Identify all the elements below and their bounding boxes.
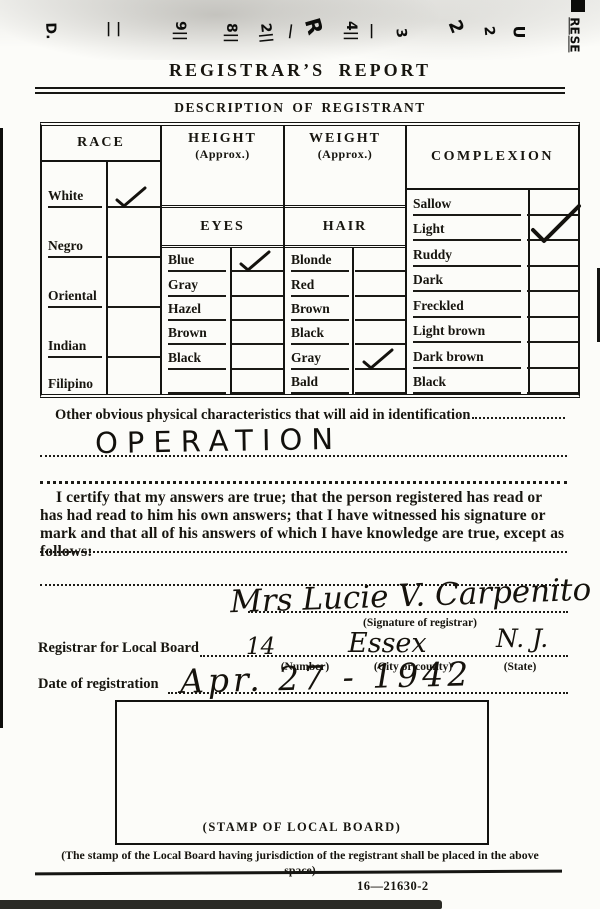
option-label: Gray (168, 277, 226, 297)
checkbox-cell (232, 343, 283, 369)
other-characteristics-label: Other obvious physical characteristics t… (55, 407, 470, 424)
table-row: Hazel (162, 297, 283, 321)
section-title: DESCRIPTION OF REGISTRANT (0, 100, 600, 116)
scan-corner-mark (571, 0, 585, 12)
table-row: Freckled (407, 292, 578, 318)
torn-text-fragment: 9|| (173, 21, 187, 41)
page-title: REGISTRAR’S REPORT (0, 60, 600, 81)
checkbox-cell (232, 270, 283, 296)
checkbox-cell (355, 343, 405, 369)
table-row: Black (285, 321, 405, 345)
checkbox-cell (527, 341, 578, 369)
checkbox-cell (108, 306, 160, 358)
dotted-line (40, 455, 567, 457)
option-label: Brown (291, 301, 349, 321)
table-row: Negro (42, 208, 160, 258)
table-row: Black (162, 345, 283, 369)
checkbox-cell (232, 319, 283, 345)
option-label: White (48, 188, 102, 208)
stamp-box: (STAMP OF LOCAL BOARD) (115, 700, 489, 845)
option-label: Blonde (291, 252, 349, 272)
option-label: Ruddy (413, 247, 521, 267)
torn-text-fragment: 2|| (258, 22, 274, 43)
divider (35, 87, 565, 94)
hair-header: HAIR (285, 208, 405, 248)
table-row: Gray (285, 345, 405, 369)
table-row: Blue (162, 248, 283, 272)
checkbox-cell (108, 206, 160, 258)
torn-text-fragment: D. (43, 22, 58, 39)
registrar-signature: Mrs Lucie V. Carpenito (229, 572, 591, 621)
table-row: Gray (162, 272, 283, 296)
torn-text-fragment: SE (568, 36, 580, 53)
height-header-label: HEIGHT (188, 131, 257, 147)
board-number-value: 14 (246, 634, 275, 660)
description-table: RACE White Negro Oriental (40, 122, 580, 398)
option-label: Hazel (168, 301, 226, 321)
eyes-header: EYES (162, 208, 283, 248)
complexion-column: COMPLEXION Sallow Light Ruddy (405, 126, 578, 394)
option-label (168, 390, 226, 394)
table-row: Red (285, 272, 405, 296)
torn-text-fragment: 4|| (344, 21, 358, 41)
checkbox-cell (527, 239, 578, 267)
option-label: Oriental (48, 288, 102, 308)
dotted-line (472, 417, 565, 419)
table-row: Light brown (407, 318, 578, 344)
option-label: Black (291, 325, 349, 345)
checkbox-cell (108, 256, 160, 308)
checkbox-cell (232, 295, 283, 321)
checkbox-cell (232, 368, 283, 394)
table-row: Light (407, 216, 578, 242)
option-label: Light (413, 221, 521, 241)
race-column: RACE White Negro Oriental (42, 126, 160, 394)
state-caption: (State) (470, 661, 570, 673)
board-state-value: N. J. (496, 624, 548, 653)
checkbox-cell (108, 358, 160, 394)
checkbox-cell (355, 270, 405, 296)
registration-date-label: Date of registration (38, 676, 159, 693)
table-row: Brown (285, 297, 405, 321)
torn-text-fragment: 3 (393, 27, 408, 38)
checkbox-cell (355, 319, 405, 345)
complexion-header: COMPLEXION (407, 126, 578, 190)
scan-edge-artifact (0, 128, 3, 728)
table-row: Ruddy (407, 241, 578, 267)
option-label: Dark brown (413, 349, 521, 369)
checkbox-cell (527, 214, 578, 242)
option-label: Light brown (413, 323, 521, 343)
table-row: Dark brown (407, 343, 578, 369)
board-city-value: Essex (348, 628, 427, 659)
option-label: Sallow (413, 196, 521, 216)
checkbox-cell (527, 367, 578, 395)
checkbox-cell (527, 265, 578, 293)
table-row: Blonde (285, 248, 405, 272)
column-divider (352, 248, 354, 394)
checkbox-cell (108, 160, 160, 208)
weight-header-label: WEIGHT (309, 131, 381, 147)
checkbox-cell (527, 290, 578, 318)
weight-approx-label: (Approx.) (318, 147, 373, 162)
option-label: Blue (168, 252, 226, 272)
registration-date-value: Apr. 27 - 1942 (180, 654, 473, 701)
checkbox-cell (527, 316, 578, 344)
torn-text-fragment: 8|| (224, 23, 238, 43)
checkbox-cell (355, 295, 405, 321)
checkbox-cell (355, 368, 405, 394)
registrar-report-scan: D. | | 9|| 8|| 2|| | R 4|| | 3 2 2 U RE … (0, 0, 600, 909)
torn-text-fragment: | (369, 24, 374, 38)
torn-text-fragment: RE (569, 17, 581, 34)
table-row: Indian (42, 308, 160, 358)
option-label: Gray (291, 350, 349, 370)
weight-hair-column: WEIGHT (Approx.) HAIR Blonde Red Brown (283, 126, 405, 394)
stamp-box-label: (STAMP OF LOCAL BOARD) (117, 820, 487, 835)
table-row: Bald (285, 370, 405, 394)
table-row: Brown (162, 321, 283, 345)
torn-text-fragment: | | (106, 22, 121, 36)
weight-header: WEIGHT (Approx.) (285, 126, 405, 208)
height-header: HEIGHT (Approx.) (162, 126, 283, 208)
height-eyes-column: HEIGHT (Approx.) EYES Blue Gray (160, 126, 283, 394)
option-label: Filipino (48, 376, 102, 394)
option-label: Dark (413, 272, 521, 292)
checkbox-cell (355, 246, 405, 272)
table-row: Black (407, 369, 578, 395)
table-row (162, 370, 283, 394)
option-label: Brown (168, 325, 226, 345)
option-label: Bald (291, 374, 349, 394)
option-label: Black (168, 350, 226, 370)
table-row: Oriental (42, 258, 160, 308)
race-header: RACE (42, 126, 160, 162)
option-label: Freckled (413, 298, 521, 318)
form-number: 16—21630-2 (357, 879, 429, 894)
local-board-label: Registrar for Local Board (38, 640, 199, 657)
checkbox-cell (232, 246, 283, 272)
option-label: Black (413, 374, 521, 394)
option-label: Negro (48, 238, 102, 258)
table-row: Filipino (42, 358, 160, 394)
option-label: Red (291, 277, 349, 297)
option-label: Indian (48, 338, 102, 358)
table-row: Dark (407, 267, 578, 293)
dotted-line (40, 551, 567, 553)
height-approx-label: (Approx.) (195, 147, 250, 162)
dotted-line (40, 481, 567, 484)
torn-text-fragment: 2 (481, 25, 496, 36)
scan-edge-artifact (0, 900, 442, 909)
table-row: White (42, 162, 160, 208)
torn-text-fragment: U (511, 26, 527, 39)
